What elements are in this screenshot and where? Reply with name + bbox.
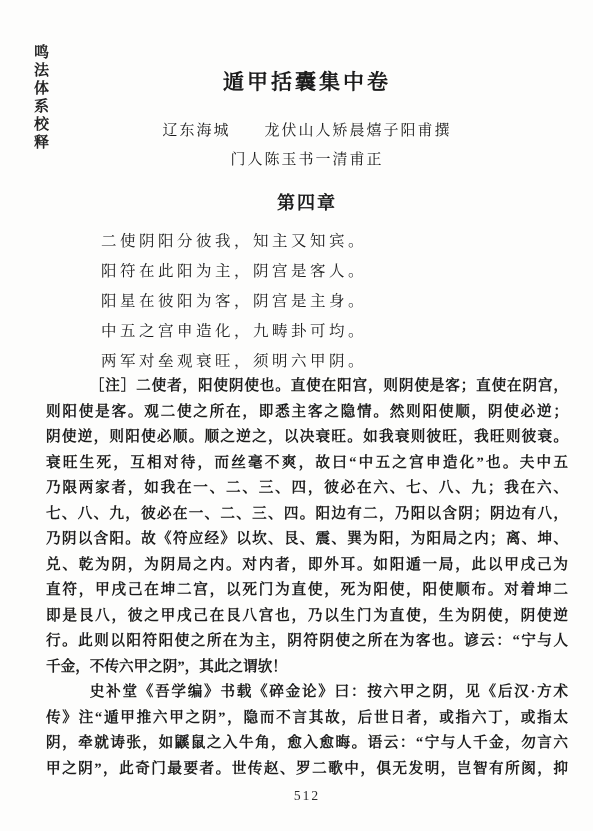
verse-line: 两军对垒观衰旺，须明六甲阴。 <box>101 347 367 377</box>
annotation-line: 则阳使是客。观二使之所在，即悉主客之隐情。然则阳使顺，阴使必逆； <box>46 400 568 426</box>
scanned-book-page: 鸣法体系校释 遁甲括囊集中卷 辽东海城 龙伏山人矫晨熺子阳甫撰 门人陈玉书一清甫… <box>0 0 593 831</box>
commentary-line: 史补堂《吾学编》书载《碎金论》曰：按六甲之阴，见《后汉·方术 <box>46 680 568 706</box>
verse-line: 中五之宫申造化，九畴卦可均。 <box>101 317 367 347</box>
commentary-line: 甲之阴”，此奇门最要者。世传赵、罗二歌中，俱无发明，岂智有所阂，抑 <box>46 757 568 783</box>
commentary-paragraph: 史补堂《吾学编》书载《碎金论》曰：按六甲之阴，见《后汉·方术 传》注“遁甲推六甲… <box>46 680 568 782</box>
author-line-1: 辽东海城 龙伏山人矫晨熺子阳甫撰 <box>46 119 568 140</box>
verse-line: 阳符在此阳为主，阴宫是客人。 <box>101 257 367 287</box>
annotation-line: ［注］二使者，阳使阴使也。直使在阳宫，则阴使是客；直使在阴宫， <box>46 374 568 400</box>
book-title: 遁甲括囊集中卷 <box>46 66 568 96</box>
annotation-line: 行。此则以阳符阳使之所在为主，阴符阴使之所在为客也。谚云：“宁与人 <box>46 629 568 655</box>
annotation-line: 直符，甲戌己在坤二宫，以死门为直使，死为阳使，阳使顺布。对着坤二 <box>46 578 568 604</box>
annotation-line: 乃限两家者，如我在一、二、三、四，彼必在六、七、八、九；我在六、 <box>46 476 568 502</box>
verse-line: 阳星在彼阳为客，阴宫是主身。 <box>101 287 367 317</box>
commentary-line: 阴，牵就诪张，如鼷鼠之入牛角，愈入愈晦。语云：“宁与人千金，勿言六 <box>46 731 568 757</box>
annotation-line: 乃阴以含阳。故《符应经》以坎、艮、震、巽为阳，为阳局之内；离、坤、 <box>46 527 568 553</box>
annotation-line: 七、八、九，彼必在一、二、三、四。阳边有二，乃阳以含阴；阴边有八， <box>46 502 568 528</box>
verse-line: 二使阴阳分彼我，知主又知宾。 <box>101 227 367 257</box>
annotation-line: 阴使逆，则阳使必顺。顺之逆之，以决衰旺。如我衰则彼旺，我旺则彼衰。 <box>46 425 568 451</box>
chapter-title: 第四章 <box>46 189 568 215</box>
verse-block: 二使阴阳分彼我，知主又知宾。 阳符在此阳为主，阴宫是客人。 阳星在彼阳为客，阴宫… <box>101 227 367 377</box>
annotation-line: 衰旺生死，互相对待，而丝毫不爽，故曰“中五之宫申造化”也。夫中五 <box>46 451 568 477</box>
page-number: 512 <box>46 788 568 804</box>
annotation-line: 兑、乾为阴，为阴局之内。对内者，即外耳。如阳遁一局，此以甲戌己为 <box>46 553 568 579</box>
annotation-line: 千金，不传六甲之阴”，其此之谓欤！ <box>46 655 568 681</box>
commentary-line: 传》注“遁甲推六甲之阴”，隐而不言其故，后世日者，或指六丁，或指太 <box>46 706 568 732</box>
annotation-line: 即是艮八，彼之甲戌己在艮八宫也，乃以生门为直使，生为阴使，阴使逆 <box>46 604 568 630</box>
author-line-2: 门人陈玉书一清甫正 <box>46 148 568 169</box>
annotation-paragraph: ［注］二使者，阳使阴使也。直使在阳宫，则阴使是客；直使在阴宫， 则阳使是客。观二… <box>46 374 568 680</box>
